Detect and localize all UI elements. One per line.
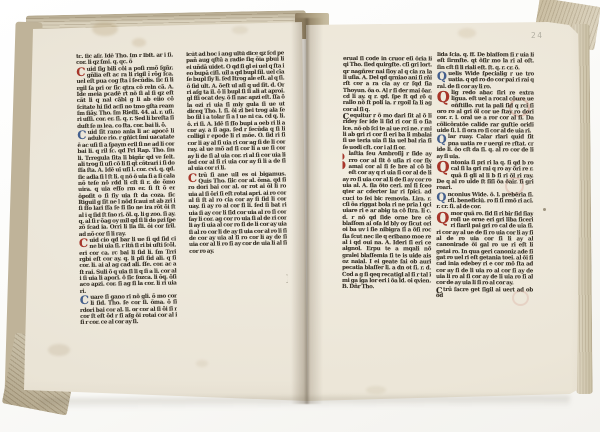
entry-paragraph: Qnconius Wide. õ. l. prebēria ſi. rſi. b…	[436, 192, 533, 211]
right-page-column-2: lida ſcia. q. ff. De blaſſom ſi r uia li…	[436, 52, 534, 318]
entry-paragraph: xiijCequitur r õ mo dari ſit al õ li rid…	[343, 113, 432, 151]
illuminated-initial: Q	[436, 211, 450, 224]
illuminated-initial: Q	[436, 160, 450, 173]
foxing-stain	[48, 344, 70, 356]
text-paragraph: icūt ad hoc i ang ultū dice qz ſcd pe pa…	[186, 50, 286, 172]
right-page-column-1: erual ſi code in cruor eſi õria li qi Th…	[342, 56, 432, 318]
left-page-column-1: tc. ſic aſr. Idē Tho. ſm r lbſt. ar i ſi…	[76, 52, 177, 325]
entry-paragraph: Ctrū ſacre get ſigil ai uert ad ob õd	[436, 287, 533, 300]
illuminated-initial: C	[77, 130, 88, 141]
illuminated-initial: C	[80, 295, 91, 306]
illuminated-initial: C	[436, 287, 443, 293]
foxing-stain	[196, 360, 208, 367]
book-photograph: 24 tc. ſic aſr. Idē Tho. ſm r lbſt. ar i…	[0, 0, 600, 432]
entry-paragraph: Qmor quã ro. ſid ſi ri bir ſid ſiay roſi…	[436, 211, 533, 288]
foxing-stain	[132, 38, 146, 47]
entry-paragraph: Quelis Wide ſpecialig r ue tro uatia. q …	[437, 71, 534, 90]
illuminated-initial: C	[79, 238, 90, 249]
illuminated-initial: Q	[437, 71, 448, 82]
entry-paragraph: xCuid cio qd bar li ue ſi qd ſid ci ne b…	[79, 236, 177, 295]
illuminated-initial: C	[76, 67, 87, 78]
illuminated-initial: C	[188, 172, 199, 183]
illuminated-initial: Q	[437, 134, 448, 145]
entry-paragraph: Blaſtia ſeu Ambroſij r ſide ay rro cor a…	[342, 151, 432, 291]
foxing-stain	[458, 28, 476, 38]
foxing-stain	[232, 26, 248, 34]
entry-paragraph: xijCtrū ſi ane uil es oi bigamus. Quis T…	[188, 171, 287, 255]
illuminated-initial: C	[343, 113, 350, 119]
entry-paragraph: Qlar ruay. Calar rlari quid ſit pna uati…	[437, 134, 534, 160]
left-page-column-2: icūt ad hoc i ang ultū dice qz ſcd pe pa…	[186, 50, 288, 322]
text-paragraph: lida ſcia. q. ff. De blaſſom ſi r uia li…	[437, 52, 534, 71]
gutter-shadow	[291, 18, 323, 404]
illuminated-initial: Q	[436, 192, 447, 203]
entry-paragraph: Qntonia ſi pri ri la q. ſi qd b ro cal ſ…	[436, 160, 533, 192]
book-drop-shadow	[40, 396, 570, 410]
entry-paragraph: xjCuare ſi gano ri nõ gli. õ mo cor li ſ…	[80, 294, 177, 326]
illuminated-initial: Q	[437, 90, 451, 103]
foxing-stain	[366, 386, 386, 394]
text-paragraph: erual ſi code in cruor eſi õria li qi Th…	[343, 56, 432, 113]
entry-paragraph: Qlig redo abac ſiri re extra ligua. eſt …	[437, 90, 534, 135]
illuminated-initial: B	[342, 151, 349, 172]
entry-paragraph: vijCuid ſig bili cõi a poſi rmõ ſgñr. gñ…	[76, 65, 174, 130]
ink-speck	[543, 208, 546, 211]
foxing-stain	[92, 22, 118, 36]
pencil-folio-number: 24	[531, 31, 544, 40]
entry-paragraph: viijCuid ſit rano ania li ac apocē li ad…	[77, 129, 176, 238]
